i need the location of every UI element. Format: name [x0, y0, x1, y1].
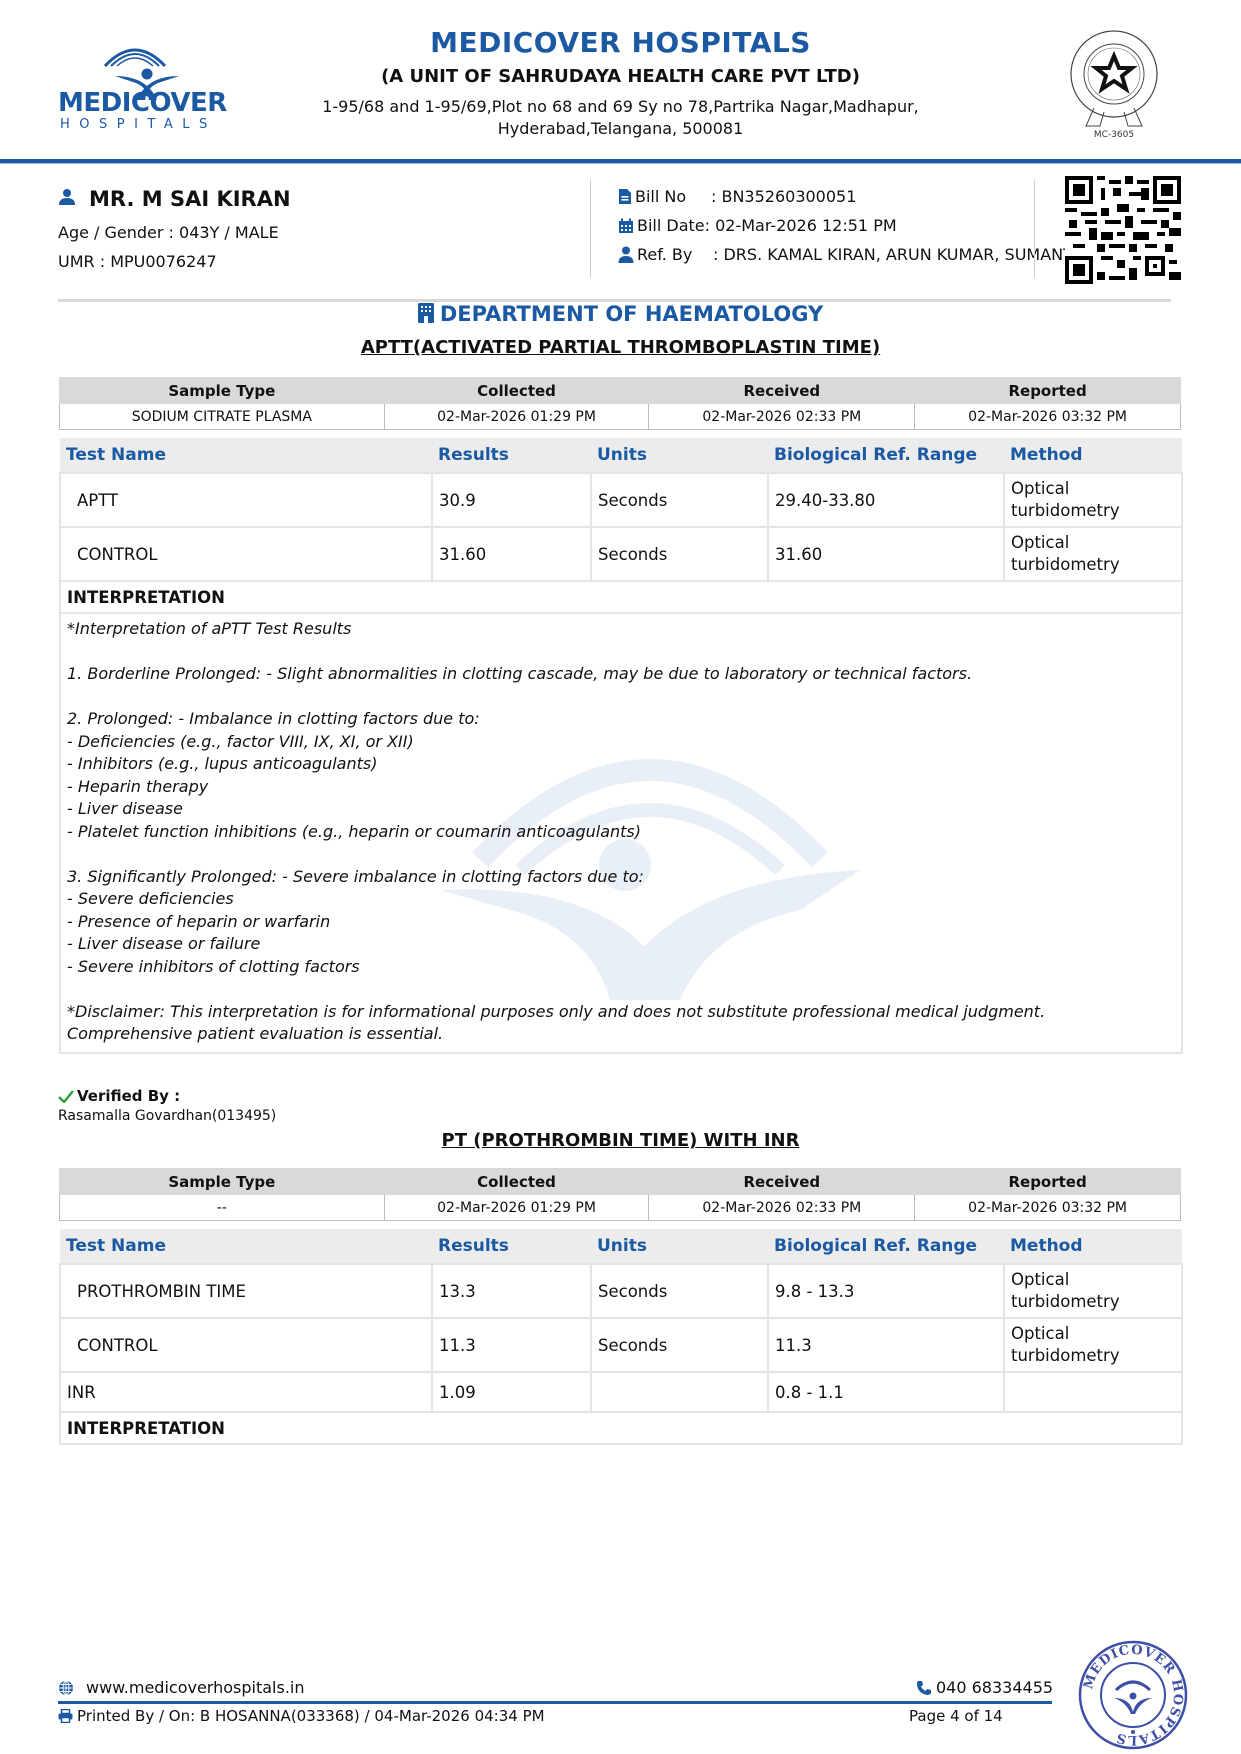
hospital-unit: (A UNIT OF SAHRUDAYA HEALTH CARE PVT LTD…	[0, 66, 1241, 87]
test-units: Seconds	[591, 527, 768, 581]
col-collected: Collected	[384, 378, 649, 404]
interpretation-text: *Interpretation of aPTT Test Results 1. …	[60, 613, 1182, 1053]
checkmark-icon	[58, 1090, 74, 1103]
received-time: 02-Mar-2026 02:33 PM	[649, 404, 915, 430]
website-link[interactable]: www.medicoverhospitals.in	[86, 1678, 305, 1697]
sample-info-table-pt: Sample Type Collected Received Reported …	[59, 1168, 1181, 1221]
verifier-name: Rasamalla Govardhan(013495)	[58, 1108, 276, 1124]
col-ref-range: Biological Ref. Range	[768, 1229, 1004, 1264]
col-reported: Reported	[915, 1169, 1181, 1195]
address-line-2: Hyderabad,Telangana, 500081	[0, 118, 1241, 140]
table-row: CONTROL 11.3 Seconds 11.3 Optical turbid…	[60, 1318, 1182, 1372]
test-units: Seconds	[591, 473, 768, 527]
col-results: Results	[432, 438, 591, 473]
test-result: 1.09	[432, 1372, 591, 1412]
hospital-address: 1-95/68 and 1-95/69,Plot no 68 and 69 Sy…	[0, 96, 1241, 140]
reported-time: 02-Mar-2026 03:32 PM	[915, 1195, 1181, 1221]
department-heading: DEPARTMENT OF HAEMATOLOGY	[0, 302, 1241, 326]
hospital-name: MEDICOVER HOSPITALS	[0, 26, 1241, 59]
col-sample-type: Sample Type	[60, 1169, 385, 1195]
hospital-seal-icon: MEDICOVER HOSPITALS	[1078, 1640, 1188, 1750]
doctor-icon	[618, 246, 634, 263]
bill-number-label: Bill No	[635, 187, 711, 206]
calendar-icon	[618, 218, 634, 234]
bill-number-value: : BN35260300051	[711, 187, 856, 206]
phone-number: 040 68334455	[936, 1678, 1053, 1697]
test-ref-range: 11.3	[768, 1318, 1004, 1372]
bill-date-value: : 02-Mar-2026 12:51 PM	[705, 216, 897, 235]
test-ref-range: 31.60	[768, 527, 1004, 581]
patient-umr: UMR : MPU0076247	[58, 252, 217, 271]
interpretation-heading: INTERPRETATION	[60, 1412, 1182, 1444]
table-row: INR 1.09 0.8 - 1.1	[60, 1372, 1182, 1412]
col-units: Units	[591, 438, 768, 473]
results-table-aptt: Test Name Results Units Biological Ref. …	[59, 438, 1183, 1054]
col-sample-type: Sample Type	[60, 378, 385, 404]
test-title-pt-inr: PT (PROTHROMBIN TIME) WITH INR	[0, 1130, 1241, 1151]
printed-by-text: Printed By / On: B HOSANNA(033368) / 04-…	[77, 1707, 545, 1725]
sample-type: --	[60, 1195, 385, 1221]
test-ref-range: 0.8 - 1.1	[768, 1372, 1004, 1412]
interpretation-heading: INTERPRETATION	[60, 581, 1182, 613]
sample-info-table-aptt: Sample Type Collected Received Reported …	[59, 377, 1181, 430]
test-title-aptt: APTT(ACTIVATED PARTIAL THROMBOPLASTIN TI…	[0, 337, 1241, 358]
received-time: 02-Mar-2026 02:33 PM	[649, 1195, 915, 1221]
col-method: Method	[1004, 438, 1182, 473]
collected-time: 02-Mar-2026 01:29 PM	[384, 404, 649, 430]
test-name: INR	[60, 1372, 432, 1412]
test-method: Optical turbidometry	[1004, 527, 1182, 581]
referred-by-label: Ref. By	[637, 245, 713, 264]
footer-phone: 040 68334455	[916, 1678, 1053, 1697]
test-name: CONTROL	[60, 1318, 432, 1372]
col-results: Results	[432, 1229, 591, 1264]
col-ref-range: Biological Ref. Range	[768, 438, 1004, 473]
test-method: Optical turbidometry	[1004, 473, 1182, 527]
col-received: Received	[649, 1169, 915, 1195]
page-number: Page 4 of 14	[909, 1707, 1003, 1725]
accreditation-seal-icon	[1064, 28, 1164, 128]
test-method	[1004, 1372, 1182, 1412]
reported-time: 02-Mar-2026 03:32 PM	[915, 404, 1181, 430]
test-ref-range: 9.8 - 13.3	[768, 1264, 1004, 1318]
building-icon	[418, 303, 434, 323]
verified-by-label: Verified By :	[58, 1087, 180, 1105]
col-units: Units	[591, 1229, 768, 1264]
test-units: Seconds	[591, 1318, 768, 1372]
test-result: 31.60	[432, 527, 591, 581]
sample-type: SODIUM CITRATE PLASMA	[60, 404, 385, 430]
address-line-1: 1-95/68 and 1-95/69,Plot no 68 and 69 Sy…	[0, 96, 1241, 118]
col-test-name: Test Name	[60, 438, 432, 473]
table-row: APTT 30.9 Seconds 29.40-33.80 Optical tu…	[60, 473, 1182, 527]
col-collected: Collected	[384, 1169, 649, 1195]
user-icon	[58, 188, 76, 206]
document-icon	[618, 188, 632, 205]
test-result: 11.3	[432, 1318, 591, 1372]
test-units	[591, 1372, 768, 1412]
footer-divider	[58, 1701, 1052, 1704]
patient-name: MR. M SAI KIRAN	[89, 187, 291, 211]
col-method: Method	[1004, 1229, 1182, 1264]
bill-date-row: Bill Date : 02-Mar-2026 12:51 PM	[618, 216, 897, 235]
test-name: APTT	[60, 473, 432, 527]
test-units: Seconds	[591, 1264, 768, 1318]
footer-website: www.medicoverhospitals.in	[58, 1678, 305, 1697]
footer-printed: Printed By / On: B HOSANNA(033368) / 04-…	[58, 1707, 545, 1725]
test-method: Optical turbidometry	[1004, 1264, 1182, 1318]
col-received: Received	[649, 378, 915, 404]
col-test-name: Test Name	[60, 1229, 432, 1264]
test-name: PROTHROMBIN TIME	[60, 1264, 432, 1318]
accreditation-code: MC-3605	[1064, 130, 1164, 140]
bill-date-label: Bill Date	[637, 216, 705, 235]
results-table-pt: Test Name Results Units Biological Ref. …	[59, 1229, 1183, 1445]
phone-icon	[916, 1680, 932, 1696]
qr-code-icon	[1064, 176, 1182, 284]
globe-icon	[58, 1680, 74, 1696]
test-method: Optical turbidometry	[1004, 1318, 1182, 1372]
table-row: PROTHROMBIN TIME 13.3 Seconds 9.8 - 13.3…	[60, 1264, 1182, 1318]
col-reported: Reported	[915, 378, 1181, 404]
test-name: CONTROL	[60, 527, 432, 581]
test-result: 30.9	[432, 473, 591, 527]
department-name: DEPARTMENT OF HAEMATOLOGY	[440, 302, 823, 326]
info-divider-2	[1034, 180, 1035, 278]
bill-number-row: Bill No : BN35260300051	[618, 187, 856, 206]
patient-age-gender: Age / Gender : 043Y / MALE	[58, 223, 279, 242]
test-result: 13.3	[432, 1264, 591, 1318]
table-row: CONTROL 31.60 Seconds 31.60 Optical turb…	[60, 527, 1182, 581]
info-divider	[590, 180, 591, 278]
collected-time: 02-Mar-2026 01:29 PM	[384, 1195, 649, 1221]
accreditation-seal: MC-3605	[1064, 28, 1164, 146]
printer-icon	[58, 1709, 73, 1723]
header-divider-light	[0, 163, 1241, 164]
verified-by-text: Verified By :	[77, 1087, 180, 1105]
test-ref-range: 29.40-33.80	[768, 473, 1004, 527]
